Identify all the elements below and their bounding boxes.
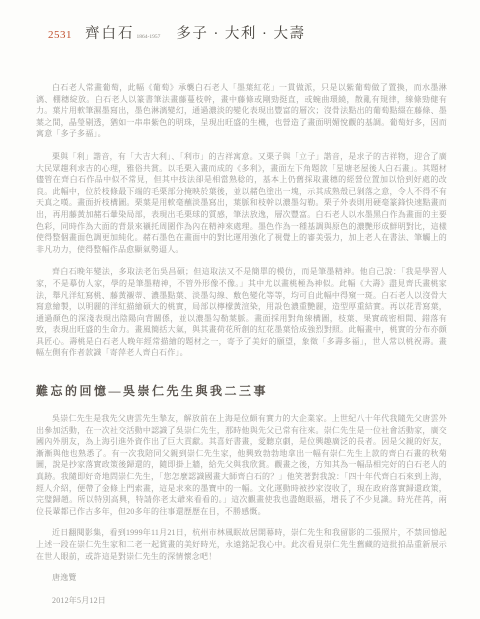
artist-dates: 1864-1957: [137, 34, 161, 40]
essay-paragraph-2: 近日翻閱影集，看到1999年11月21日，杭州市林風眠故居開幕時，崇仁先生和我留…: [36, 527, 447, 562]
lot-number: 2531: [48, 29, 72, 41]
lot-header: 2531 齊白石 1864-1957 多子 · 大利 · 大壽: [48, 22, 447, 43]
essay-date: 2012年5月12日: [36, 595, 447, 607]
lot-title: 多子 · 大利 · 大壽: [176, 22, 305, 43]
catalog-page: 2531 齊白石 1864-1957 多子 · 大利 · 大壽 白石老人常畫葡萄…: [0, 0, 480, 619]
memoir-essay: 難忘的回憶—吳崇仁先生與我二三事 吳崇仁先生是我先父唐雲先生摯友，解放前在上海是…: [36, 382, 447, 606]
essay-heading: 難忘的回憶—吳崇仁先生與我二三事: [36, 382, 447, 399]
catalog-paragraph-chestnuts: 栗與「利」諧音，有「大吉大利」、「利市」的吉祥寓意。又栗子與「立子」諧音，是求子…: [36, 151, 447, 255]
catalog-paragraph-peaches: 齊白石晚年變法，多取法老缶吳昌碩；但這取法又不是簡單的模仿，而是筆墨精神。他自己…: [36, 266, 447, 359]
catalog-paragraph-grapes: 白石老人常畫葡萄，此幅《葡萄》承襲白石老人「墨葉紅花」一貫做派，只是以紫葡萄做了…: [36, 82, 447, 140]
essay-paragraph-1: 吳崇仁先生是我先父唐雲先生摯友，解放前在上海是位頗有實力的大企業家。上世紀八十年…: [36, 413, 447, 517]
artist-name: 齊白石: [85, 22, 135, 43]
essay-signature: 唐逸覽: [36, 572, 447, 584]
catalog-note: 白石老人常畫葡萄，此幅《葡萄》承襲白石老人「墨葉紅花」一貫做派，只是以紫葡萄做了…: [36, 82, 447, 359]
